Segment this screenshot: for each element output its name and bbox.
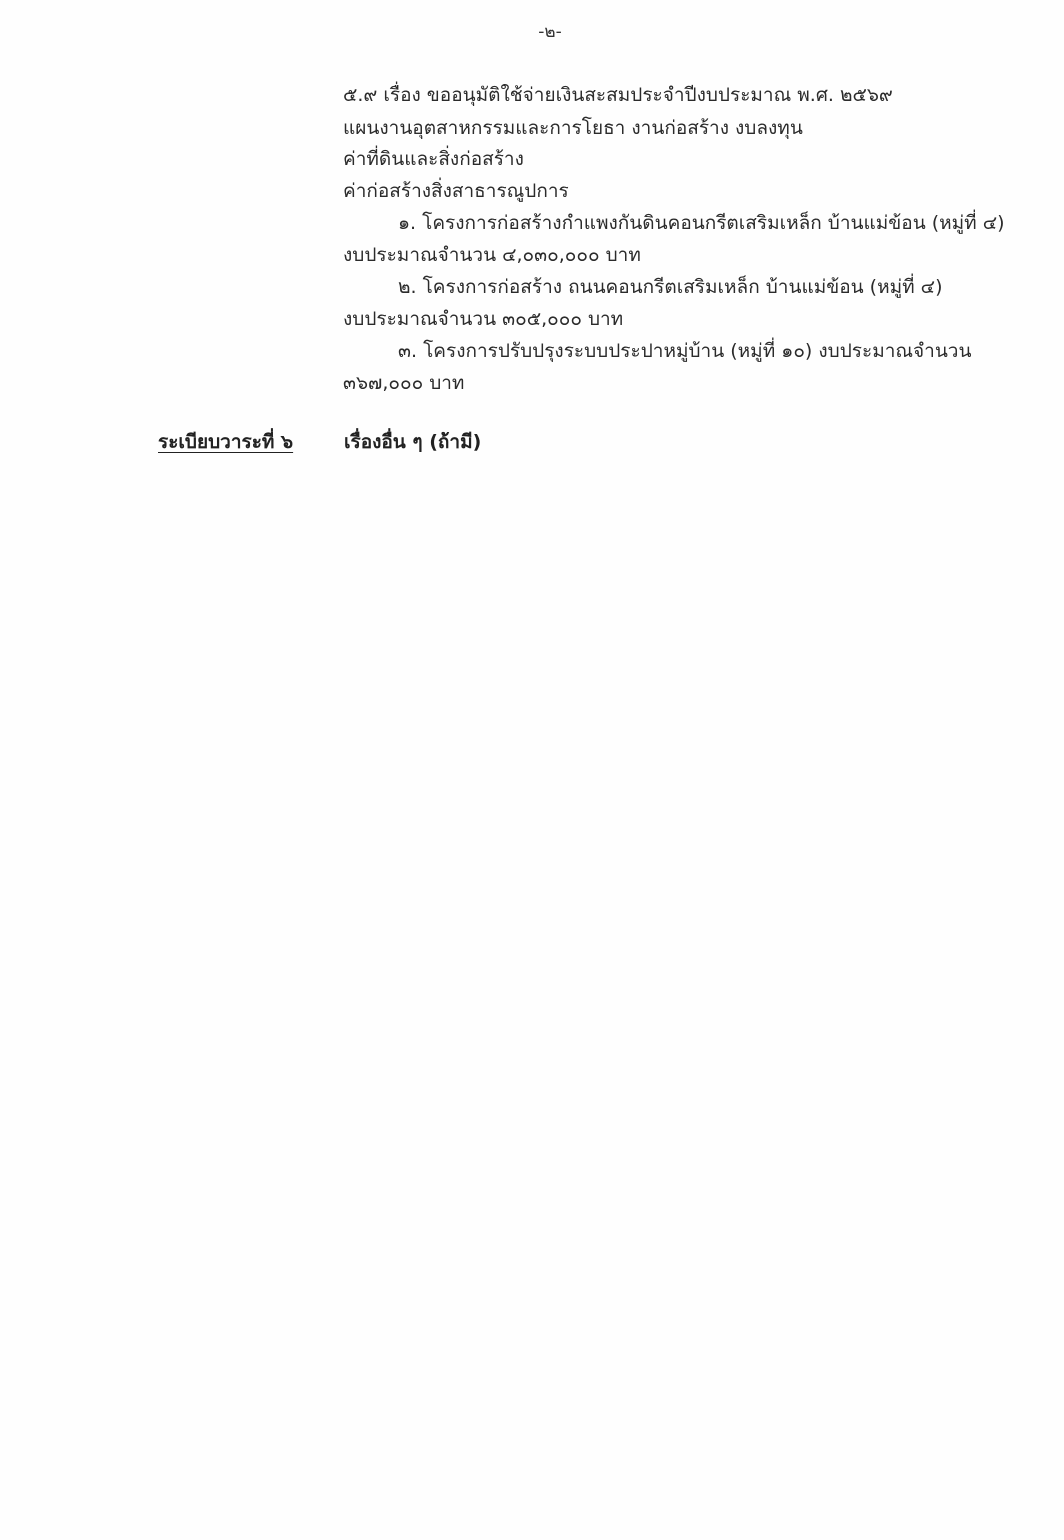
page-number: -๒- [0, 18, 1064, 45]
project-title: ๑. โครงการก่อสร้างกำแพงกันดินคอนกรีตเสริ… [398, 214, 1005, 233]
agenda-6-label: ระเบียบวาระที่ ๖ [158, 427, 293, 457]
plan-line: แผนงานอุตสาหกรรมและการโยธา งานก่อสร้าง ง… [343, 119, 803, 138]
project-title: ๓. โครงการปรับปรุงระบบประปาหมู่บ้าน (หมู… [398, 342, 971, 361]
project-title: ๒. โครงการก่อสร้าง ถนนคอนกรีตเสริมเหล็ก … [398, 278, 942, 297]
category-line: ค่าที่ดินและสิ่งก่อสร้าง [343, 150, 524, 169]
project-budget: งบประมาณจำนวน ๔,๐๓๐,๐๐๐ บาท [343, 246, 641, 265]
project-budget: งบประมาณจำนวน ๓๐๕,๐๐๐ บาท [343, 310, 623, 329]
section-heading: ๕.๙ เรื่อง ขออนุมัติใช้จ่ายเงินสะสมประจำ… [343, 86, 893, 105]
project-budget: ๓๖๗,๐๐๐ บาท [343, 374, 464, 393]
subcategory-line: ค่าก่อสร้างสิ่งสาธารณูปการ [343, 182, 569, 201]
agenda-6-title: เรื่องอื่น ๆ (ถ้ามี) [344, 427, 481, 457]
